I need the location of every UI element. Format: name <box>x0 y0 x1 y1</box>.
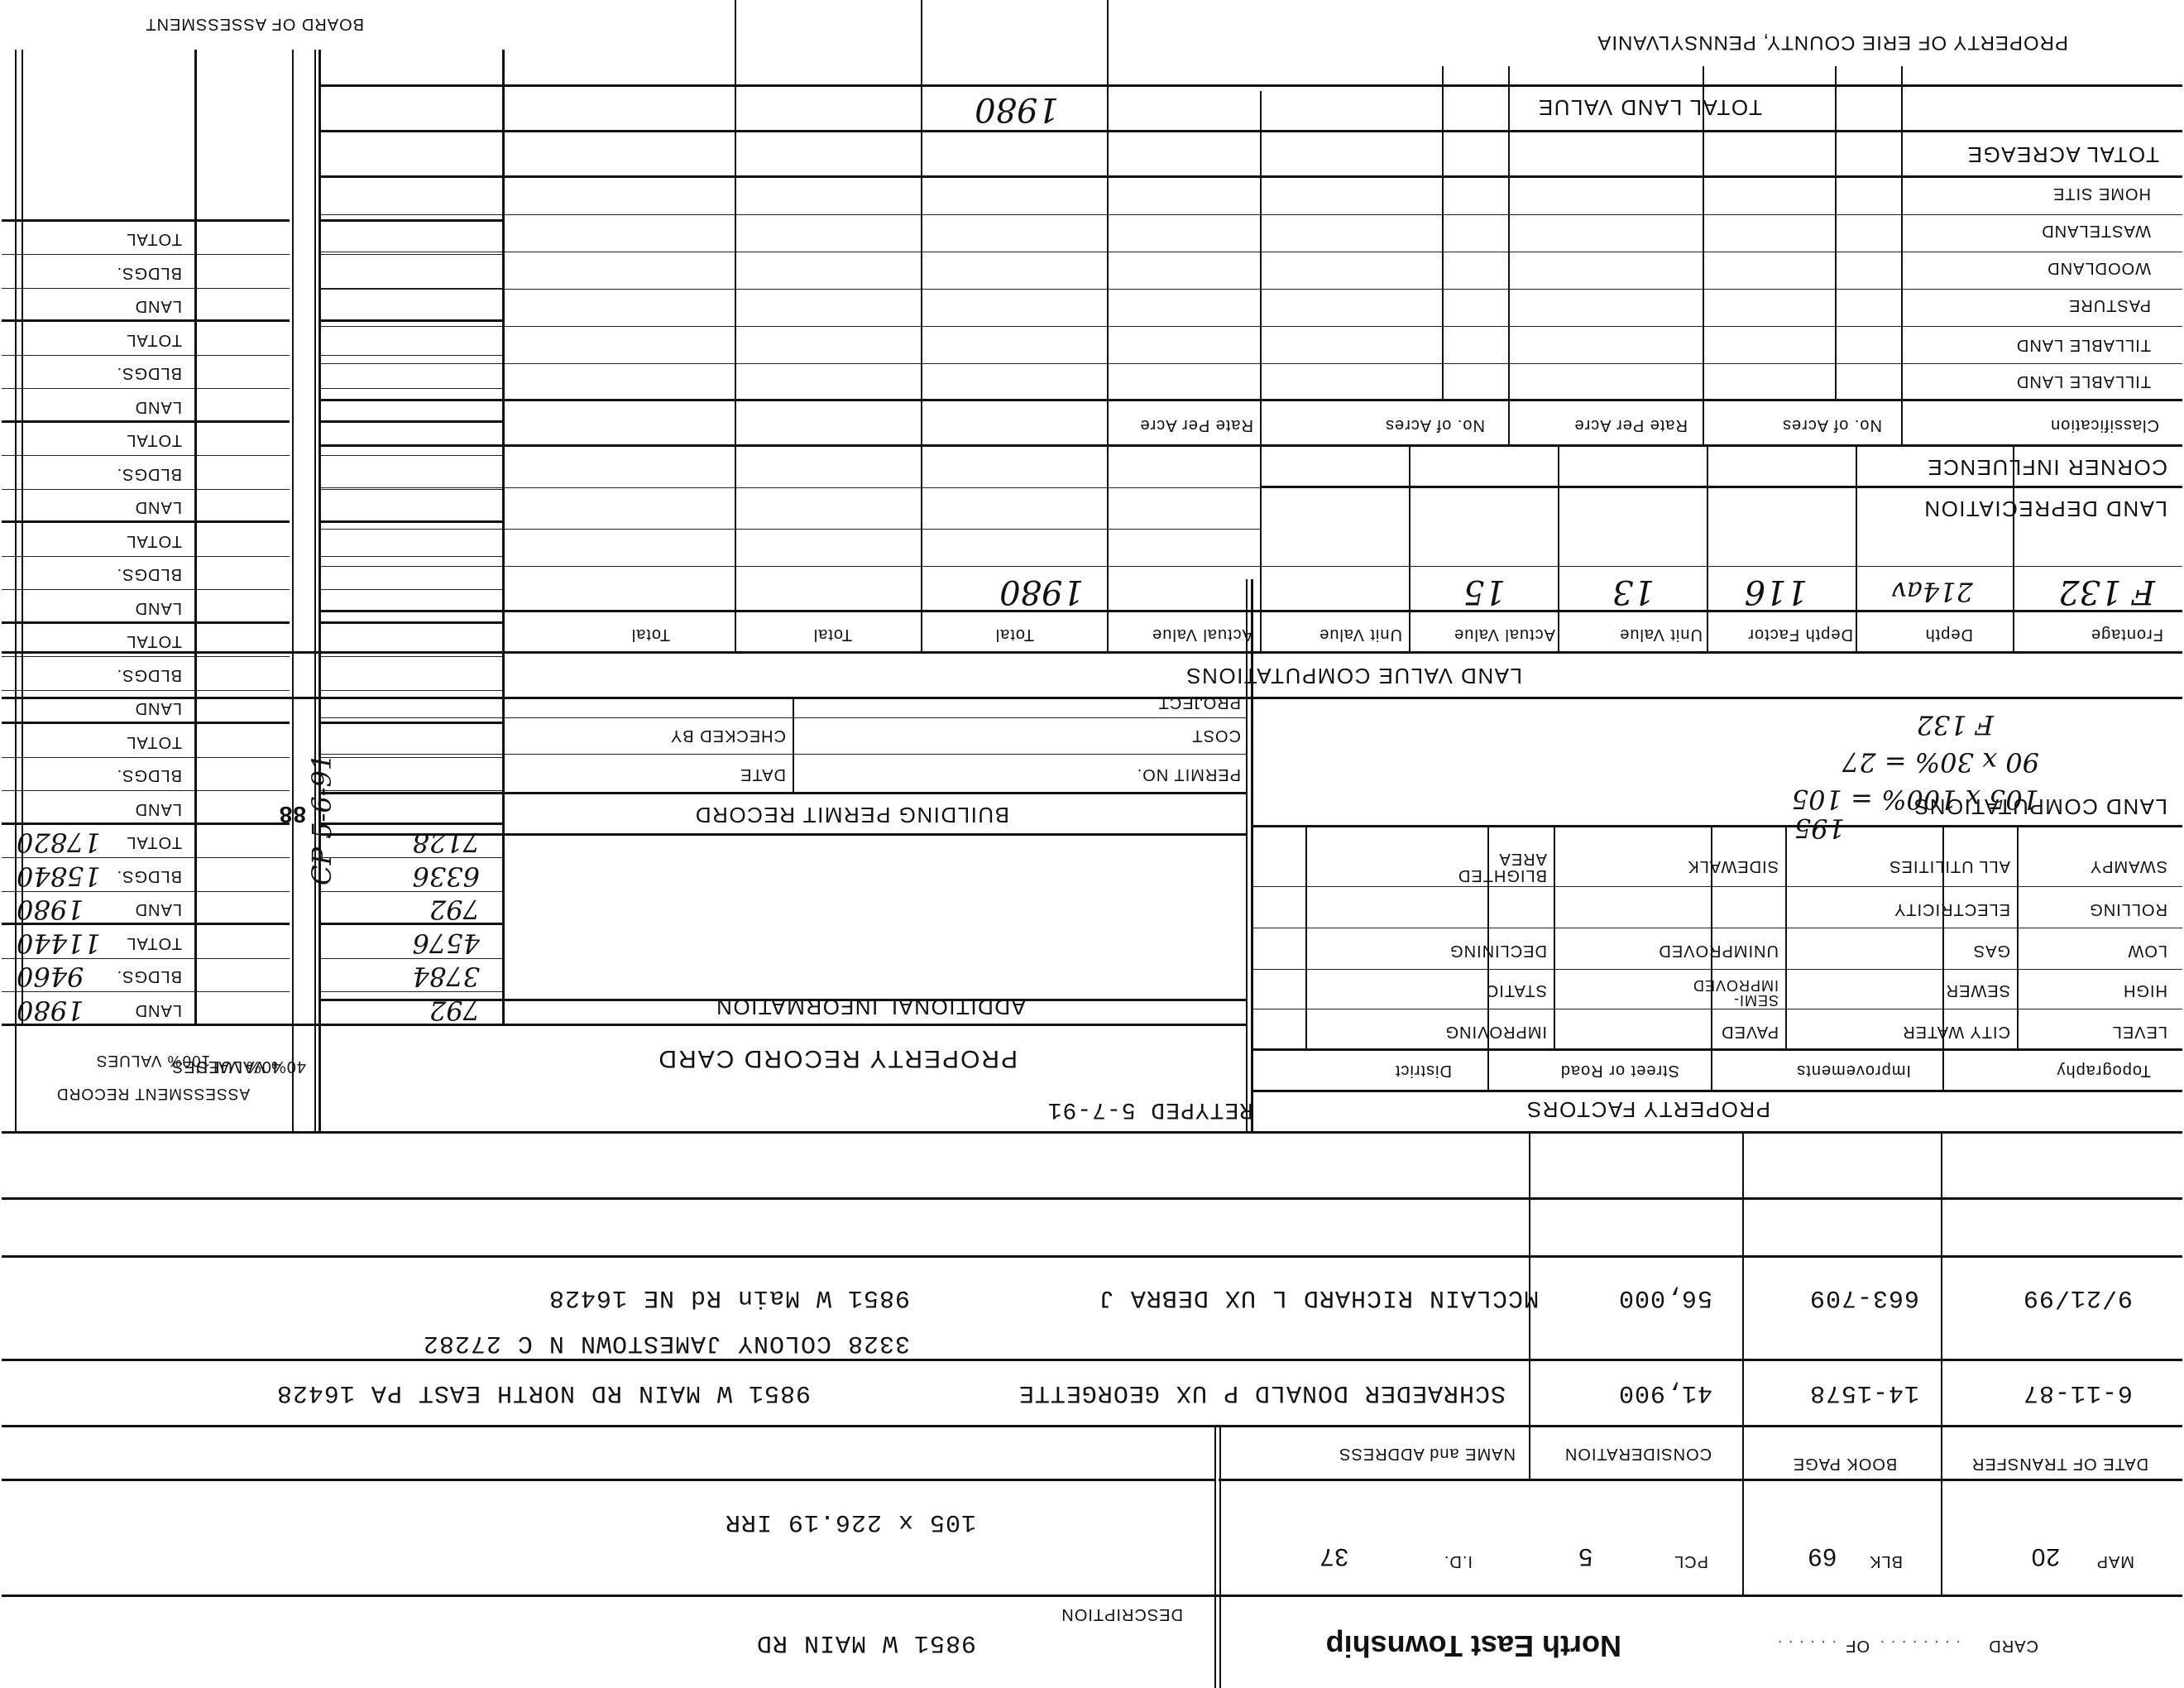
rule <box>318 556 505 557</box>
rule <box>2 355 290 356</box>
depth-factor-header: Depth Factor <box>1747 625 1853 644</box>
rule <box>1253 1090 2182 1092</box>
assessment-row-label: TOTAL <box>126 933 182 952</box>
frontage-header: Frontage <box>2091 625 2163 644</box>
acreage-row: WASTELAND <box>2041 221 2151 240</box>
acreage-row: PASTURE <box>2068 295 2151 314</box>
assessment-40-value: 792 <box>429 995 480 1026</box>
divider <box>314 50 316 1134</box>
rule <box>2 1359 2182 1361</box>
assessment-100-value: 1980 <box>0 995 84 1026</box>
transfer-name: SCHRAEDER DONALD P UX GEORGETTE <box>1018 1379 1506 1407</box>
rule <box>321 252 2182 252</box>
additional-information-title: ADDITIONAL INFORMATION <box>716 994 1026 1019</box>
assessment-100-value: 15840 <box>0 861 101 892</box>
assessment-row-label: BLDGS. <box>117 665 182 684</box>
assessment-row-label: LAND <box>135 598 182 617</box>
map-label: MAP <box>2096 1551 2134 1571</box>
rule <box>321 84 2182 87</box>
rule <box>2 757 290 758</box>
description-label: DESCRIPTION <box>1061 1604 1183 1623</box>
assessment-row-label: LAND <box>135 799 182 818</box>
transfer-name: MCCLAIN RICHARD L UX DEBRA J <box>1099 1283 1539 1312</box>
assessment-row-label: BLDGS. <box>117 866 182 885</box>
property-of-erie-county: PROPERTY OF ERIE COUNTY, PENNSYLVANIA <box>1597 31 2068 54</box>
actual-value: 15 <box>1463 573 1506 611</box>
divider <box>2017 827 2019 1051</box>
rule <box>321 326 2182 327</box>
rule <box>318 521 505 524</box>
frontage-value: F 132 <box>2058 573 2155 611</box>
rule <box>321 610 2182 612</box>
rule <box>1253 1009 2182 1009</box>
rule <box>318 255 505 256</box>
assessment-40-value: 6336 <box>413 861 480 892</box>
card-label: CARD <box>1988 1636 2038 1655</box>
rule <box>318 757 505 758</box>
divider <box>292 50 294 1134</box>
topography-header: Topography <box>2056 1061 2151 1080</box>
assessment-row-label: TOTAL <box>126 230 182 249</box>
rule <box>318 320 505 323</box>
card-of-dots: . . . . . . <box>1777 1636 1837 1655</box>
factor-electricity: ELECTRICITY <box>1894 899 2010 918</box>
divider <box>1442 66 1444 401</box>
assessment-row-label: TOTAL <box>126 833 182 852</box>
rule <box>318 389 505 390</box>
factor-level: LEVEL <box>2112 1022 2167 1041</box>
land-note: 105 x 100% = 105 <box>1792 784 2039 815</box>
assessment-row-label: BLDGS. <box>117 464 182 483</box>
rule <box>321 363 2182 364</box>
assessment-100-value: 17820 <box>0 827 101 859</box>
id-label: I.D. <box>1444 1551 1473 1571</box>
factor-all-utilities: ALL UTILITIES <box>1889 856 2010 875</box>
rule <box>1253 825 2182 827</box>
rule <box>2 1425 2182 1427</box>
rule <box>321 717 1248 718</box>
rule <box>318 791 505 792</box>
acreage-row: TILLABLE LAND <box>2016 372 2151 391</box>
factor-semi-improved: SEMI-IMPROVED <box>1663 978 1779 1008</box>
divider <box>1508 66 1510 447</box>
blk-label: BLK <box>1869 1551 1903 1571</box>
factor-sewer: SEWER <box>1946 981 2010 1000</box>
assessment-row-label: TOTAL <box>126 431 182 450</box>
property-record-card-title: PROPERTY RECORD CARD <box>657 1044 1018 1072</box>
assessment-40-value: 4576 <box>413 928 480 959</box>
map-value: 20 <box>2031 1542 2060 1571</box>
divider <box>735 0 736 654</box>
rule <box>318 722 505 725</box>
land-value-total: 1980 <box>999 573 1084 611</box>
rule <box>318 420 505 423</box>
divider <box>1707 447 1708 654</box>
land-depreciation-label: LAND DEPRECIATION <box>1923 496 2167 521</box>
rule <box>2 255 290 256</box>
rule <box>2 389 290 390</box>
assessment-row-label: LAND <box>135 900 182 919</box>
assessment-100-value: 9460 <box>0 961 84 993</box>
rule <box>2 456 290 457</box>
acreage-row: WOODLAND <box>2047 258 2151 277</box>
transfer-consideration: 41,900 <box>1618 1379 1712 1407</box>
rule <box>2 590 290 591</box>
rule <box>2 621 290 624</box>
transfer-book-page: 14-1578 <box>1809 1379 1919 1407</box>
consideration-header: CONSIDERATION <box>1539 1444 1737 1463</box>
rule <box>2 690 290 691</box>
total-land-value-label: TOTAL LAND VALUE <box>1537 94 1762 120</box>
name-address-header: NAME and ADDRESS <box>1339 1444 1516 1463</box>
factor-swampy: SWAMPY <box>2090 856 2167 875</box>
assessment-row-label: BLDGS. <box>117 967 182 986</box>
checked-by-label: CHECKED BY <box>670 726 786 745</box>
rule <box>1253 928 2182 928</box>
rule <box>321 444 2182 447</box>
acres-header: No. of Acres <box>1385 415 1485 434</box>
divider <box>1941 1481 1942 1597</box>
factor-blighted-area: BLIGHTED AREA <box>1431 851 1547 884</box>
unit-value: 13 <box>1612 573 1655 611</box>
total-header: Total <box>995 625 1034 644</box>
factor-static: STATIC <box>1486 981 1547 1000</box>
card-dots: . . . . . . . . <box>1880 1636 1961 1655</box>
assessment-row-label: BLDGS. <box>117 565 182 584</box>
divider <box>318 50 321 1134</box>
assessment-row-label: LAND <box>135 297 182 316</box>
property-record-card: CARD . . . . . . . . OF . . . . . . Nort… <box>0 0 2184 1688</box>
permit-date-label: DATE <box>740 765 786 784</box>
permit-no-label: PERMIT NO. <box>1137 765 1241 784</box>
assessment-row-label: BLDGS. <box>117 766 182 785</box>
assessment-record-title: ASSESSMENT RECORD <box>17 1084 290 1102</box>
rule <box>1253 969 2182 970</box>
land-note: 90 x 30% = 27 <box>1842 746 2039 778</box>
factor-high: HIGH <box>2123 981 2167 1000</box>
rule <box>321 566 2182 567</box>
rate-header: Rate Per Acre <box>1139 415 1253 434</box>
rule <box>2 1479 1216 1481</box>
rule <box>2 697 2182 699</box>
total-header: Total <box>813 625 852 644</box>
rule <box>1262 486 2182 488</box>
transfer-date-header: DATE OF TRANSFER <box>1969 1455 2151 1473</box>
rule <box>2 657 290 658</box>
board-of-assessment: BOARD OF ASSESSMENT <box>145 14 364 33</box>
assessment-40-value: 792 <box>429 894 480 926</box>
depth-header: Depth <box>1925 625 1973 644</box>
card-of-label: OF <box>1845 1636 1870 1655</box>
divider <box>1409 447 1410 654</box>
blk-value: 69 <box>1808 1542 1837 1571</box>
total-acreage-label: TOTAL ACREAGE <box>1966 141 2159 167</box>
transfer-address: 3328 COLONY JAMESTOWN N C 27282 <box>423 1329 910 1357</box>
classification-header: Classification <box>2050 415 2159 434</box>
rule <box>321 130 2182 132</box>
transfer-date: 6-11-87 <box>2023 1379 2133 1407</box>
rule <box>2 1255 2182 1258</box>
acreage-row: HOME SITE <box>2052 184 2151 203</box>
book-page-header: BOOK PAGE <box>1754 1455 1936 1473</box>
rule <box>2 1131 2182 1134</box>
land-value-computations-title: LAND VALUE COMPUTATIONS <box>1185 663 1522 688</box>
transfer-address: 9851 W Main Rd NE 16428 <box>548 1283 910 1312</box>
assessment-40-value: 7128 <box>413 827 480 859</box>
factor-sidewalk: SIDEWALK <box>1687 856 1779 875</box>
values-100-header: 100% VALUES <box>17 1051 290 1069</box>
rule <box>318 487 1262 488</box>
divider <box>1901 66 1903 447</box>
rule <box>318 690 505 691</box>
transfer-book-page: 663-709 <box>1809 1283 1919 1312</box>
property-factors-title: PROPERTY FACTORS <box>1525 1096 1770 1122</box>
total-land-value-amount: 1980 <box>975 90 1059 128</box>
factor-paved: PAVED <box>1721 1022 1779 1041</box>
project-label: PROJECT <box>1158 693 1241 712</box>
factor-low: LOW <box>2127 941 2167 960</box>
divider <box>1558 447 1559 654</box>
assessment-row-label: BLDGS. <box>117 364 182 383</box>
township-name: North East Township <box>1326 1628 1621 1663</box>
land-note: 195 <box>1794 813 1845 844</box>
rule <box>2 521 290 524</box>
assessment-row-label: BLDGS. <box>117 263 182 282</box>
assessment-row-label: TOTAL <box>126 632 182 651</box>
rule <box>2 288 290 289</box>
divider <box>1941 1134 1942 1481</box>
assessment-row-label: TOTAL <box>126 330 182 349</box>
assessment-100-value: 11440 <box>0 928 101 959</box>
rule <box>321 754 1248 755</box>
district-header: District <box>1395 1061 1452 1080</box>
divider <box>194 50 197 1026</box>
divider <box>793 699 794 794</box>
rule <box>2 219 290 222</box>
divider <box>1785 827 1787 1051</box>
divider <box>1703 66 1704 447</box>
assessment-row-label: LAND <box>135 699 182 718</box>
rule <box>2 1197 2182 1200</box>
rule <box>2 722 290 725</box>
rule <box>2 1594 2182 1597</box>
corner-influence-label: CORNER INFLUENCE <box>1927 454 2167 480</box>
rule <box>321 175 2182 178</box>
assessment-100-value: 1980 <box>0 894 84 926</box>
rule <box>321 214 2182 215</box>
actual-value-header: Actual Value <box>1152 625 1253 644</box>
factor-declining: DECLINING <box>1449 941 1547 960</box>
assessment-row-label: LAND <box>135 397 182 416</box>
building-permit-record-title: BUILDING PERMIT RECORD <box>694 802 1009 827</box>
id-value: 37 <box>1319 1542 1348 1571</box>
divider <box>502 50 505 1026</box>
assessment-row-label: LAND <box>135 498 182 517</box>
rule <box>318 288 505 289</box>
assessment-annotation: CP 5-6-91 <box>306 754 338 885</box>
rule <box>1253 1048 2182 1051</box>
rule <box>321 399 2182 401</box>
factor-city-water: CITY WATER <box>1902 1022 2010 1041</box>
pcl-value: 5 <box>1578 1542 1592 1571</box>
divider <box>1554 827 1555 1051</box>
improvements-header: Improvements <box>1796 1061 1911 1080</box>
retyped-stamp: RETYPED 5-7-91 <box>1047 1096 1253 1122</box>
rule <box>2 489 290 490</box>
rule <box>318 456 505 457</box>
rule <box>1219 1479 2182 1481</box>
divider <box>1305 827 1307 1051</box>
divider <box>1219 1427 1221 1688</box>
rule <box>321 792 1248 794</box>
acreage-row: TILLABLE LAND <box>2016 335 2151 354</box>
rule <box>318 590 505 591</box>
factor-improving: IMPROVING <box>1445 1022 1547 1041</box>
unit-value-header: Unit Value <box>1619 625 1703 644</box>
unit-value-header: Unit Value <box>1319 625 1402 644</box>
assessment-row-label: TOTAL <box>126 732 182 751</box>
transfer-address: 9851 W MAIN RD NORTH EAST PA 16428 <box>276 1379 811 1407</box>
rule <box>318 822 505 825</box>
rule <box>318 489 505 490</box>
land-note: F 132 <box>1917 709 1994 741</box>
divider <box>1107 0 1109 654</box>
divider <box>921 0 922 654</box>
rate-header: Rate Per Acre <box>1573 415 1688 434</box>
depth-factor-value: 116 <box>1745 573 1808 611</box>
divider <box>1856 447 1857 654</box>
divider <box>1742 1134 1744 1481</box>
pcl-label: PCL <box>1674 1551 1708 1571</box>
description-dimensions: 105 x 226.19 IRR <box>725 1508 976 1536</box>
rule <box>2 320 290 323</box>
divider <box>1742 1481 1744 1597</box>
assessment-row-label: LAND <box>135 1000 182 1019</box>
rule <box>2 556 290 557</box>
street-header: Street or Road <box>1560 1061 1679 1080</box>
factor-gas: GAS <box>1973 941 2010 960</box>
rule <box>318 355 505 356</box>
rule <box>2 791 290 792</box>
depth-value: 214av <box>1892 576 1973 607</box>
factor-unimproved: UNIMPROVED <box>1658 941 1779 960</box>
rule <box>318 219 505 222</box>
rule <box>2 1024 1248 1026</box>
divider <box>1835 66 1837 401</box>
rule <box>2 822 290 825</box>
description-address: 9851 W MAIN RD <box>756 1628 976 1657</box>
rule <box>1253 886 2182 887</box>
total-header: Total <box>631 625 670 644</box>
assessment-40-value: 3784 <box>413 961 480 993</box>
factor-rolling: ROLLING <box>2089 899 2167 918</box>
transfer-consideration: 56,000 <box>1618 1283 1712 1312</box>
transfer-date: 9/21/99 <box>2023 1283 2133 1312</box>
acres-header: No. of Acres <box>1782 415 1882 434</box>
rule <box>318 529 1262 530</box>
rule <box>318 657 505 658</box>
rule <box>321 289 2182 290</box>
cost-label: COST <box>1191 726 1241 745</box>
divider <box>1214 1427 1216 1688</box>
rule <box>318 621 505 624</box>
actual-value-header: Actual Value <box>1454 625 1555 644</box>
assessment-row-label: TOTAL <box>126 531 182 550</box>
rule <box>2 420 290 423</box>
